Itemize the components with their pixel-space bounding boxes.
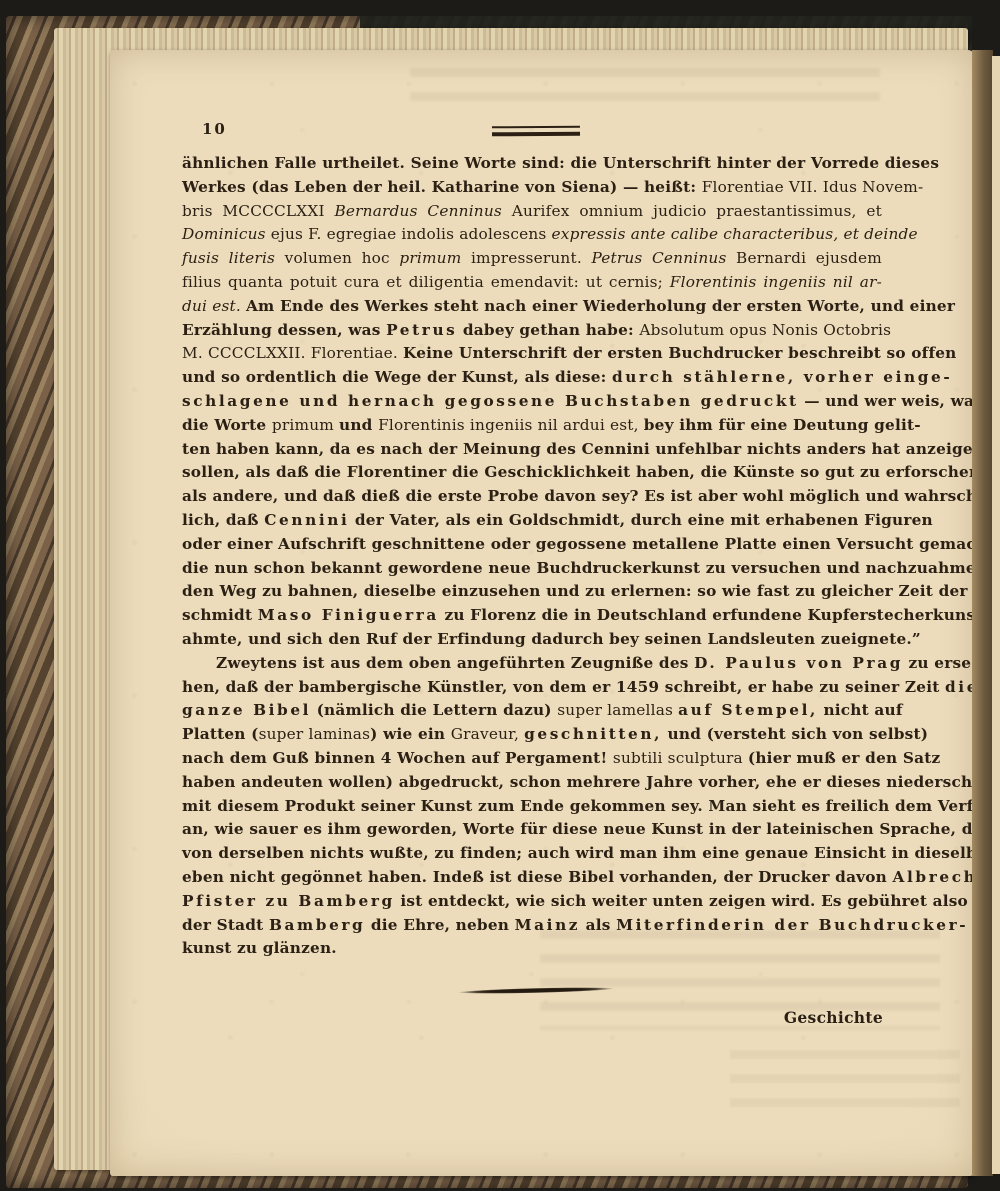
text-line: ganze Bibel (nämlich die Lettern dazu) s… [182, 699, 882, 723]
verso-show-through [730, 1050, 960, 1110]
fraktur-text: ist entdeckt, wie sich weiter unten zeig… [395, 892, 968, 910]
fraktur-text: hen, daß der bambergische Künstler, von … [182, 678, 945, 696]
text-line: Pfister zu Bamberg ist entdeckt, wie sic… [182, 890, 882, 914]
fraktur-text: mit diesem Produkt seiner Kunst zum Ende… [182, 797, 978, 815]
antiqua-text: Absolutum opus Nonis Octobris [639, 321, 891, 339]
letterspaced-fraktur-text: schlagene und hernach gegossene Buchstab… [182, 392, 799, 410]
fraktur-text: der Stadt [182, 916, 269, 934]
letterspaced-fraktur-text: geschnitten, [524, 725, 662, 743]
text-line: Zweytens ist aus dem oben angeführten Ze… [182, 652, 882, 676]
letterspaced-fraktur-text: D. Paulus von Prag [694, 654, 903, 672]
text-line: von derselben nichts wußte, zu finden; a… [182, 842, 882, 866]
text-line: ten haben kann, da es nach der Meinung d… [182, 438, 882, 462]
antiqua-text: ejus F. egregiae indolis adolescens [271, 225, 552, 243]
antiqua-text: volumen hoc [285, 249, 400, 267]
text-line: lich, daß Cennini der Vater, als ein Gol… [182, 509, 882, 533]
fraktur-text: sollen, als daß die Florentiner die Gesc… [182, 463, 986, 481]
text-line: die Worte primum und Florentinis ingenii… [182, 414, 882, 438]
text-line: M. CCCCLXXII. Florentiae. Keine Untersch… [182, 342, 882, 366]
fraktur-text: haben andeuten wollen) abgedruckt, schon… [182, 773, 1000, 791]
antiqua-text: Graveur, [451, 725, 524, 743]
letterspaced-fraktur-text: Bamberg [269, 916, 365, 934]
text-line: der Stadt Bamberg die Ehre, neben Mainz … [182, 914, 882, 938]
text-line: fusis literis volumen hoc primum impress… [182, 247, 882, 271]
text-line: sollen, als daß die Florentiner die Gesc… [182, 461, 882, 485]
fraktur-text: als [580, 916, 616, 934]
fraktur-text: als andere, und daß dieß die erste Probe… [182, 487, 1000, 505]
fraktur-text: bey ihm für eine Deutung gelit- [644, 416, 921, 434]
letterspaced-fraktur-text: ganze Bibel [182, 701, 311, 719]
text-line: schmidt Maso Finiguerra zu Florenz die i… [182, 604, 882, 628]
fraktur-text: an, wie sauer es ihm geworden, Worte für… [182, 820, 989, 838]
italic-latin-text: fusis literis [182, 249, 285, 267]
fraktur-text: Werkes (das Leben der heil. Katharine vo… [182, 178, 702, 196]
text-line: die nun schon bekannt gewordene neue Buc… [182, 557, 882, 581]
fraktur-text: lich, daß [182, 511, 264, 529]
italic-latin-text: dui est. [182, 297, 246, 315]
fraktur-text: und [339, 416, 378, 434]
text-line: den Weg zu bahnen, dieselbe einzusehen u… [182, 580, 882, 604]
book-scan: 10 ähnlichen Falle urtheilet. Seine Wort… [0, 0, 1000, 1191]
fraktur-text: — und wer weis, was [799, 392, 983, 410]
text-line: oder einer Aufschrift geschnittene oder … [182, 533, 882, 557]
fraktur-text: nicht auf [818, 701, 903, 719]
letterspaced-fraktur-text: durch stählerne, vorher einge- [612, 368, 952, 386]
letterspaced-fraktur-text: Mainz [515, 916, 580, 934]
fraktur-text: dabey gethan habe: [457, 321, 639, 339]
book-page: 10 ähnlichen Falle urtheilet. Seine Wort… [110, 50, 974, 1176]
fraktur-text: nach dem Guß binnen 4 Wochen auf Pergame… [182, 749, 613, 767]
fraktur-text: Am Ende des Werkes steht nach einer Wied… [246, 297, 955, 315]
antiqua-text: Aurifex omnium judicio praestantissimus,… [512, 202, 882, 220]
double-rule-ornament [492, 126, 580, 137]
page-number: 10 [202, 120, 227, 138]
fraktur-text: zu Florenz die in Deutschland erfundene … [439, 606, 1000, 624]
fraktur-text: kunst zu glänzen. [182, 939, 337, 957]
antiqua-text: Florentiae VII. Idus Novem- [702, 178, 924, 196]
text-line: ähnlichen Falle urtheilet. Seine Worte s… [182, 152, 882, 176]
fraktur-text: ten haben kann, da es nach der Meinung d… [182, 440, 984, 458]
fraktur-text: Zweytens ist aus dem oben angeführten Ze… [216, 654, 694, 672]
text-line: kunst zu glänzen. [182, 937, 882, 961]
text-line: hen, daß der bambergische Künstler, von … [182, 676, 882, 700]
text-block: ähnlichen Falle urtheilet. Seine Worte s… [182, 152, 882, 961]
fraktur-text: ahmte, und sich den Ruf der Erfindung da… [182, 630, 921, 648]
antiqua-text: subtili sculptura [613, 749, 748, 767]
text-line: Dominicus ejus F. egregiae indolis adole… [182, 223, 882, 247]
text-line: eben nicht gegönnet haben. Indeß ist die… [182, 866, 882, 890]
fraktur-text: ähnlichen Falle urtheilet. Seine Worte s… [182, 154, 939, 172]
letterspaced-fraktur-text: Cennini [264, 511, 349, 529]
letterspaced-fraktur-text: auf Stempel, [678, 701, 818, 719]
text-line: bris MCCCCLXXI Bernardus Cenninus Aurife… [182, 200, 882, 224]
fraktur-text: den Weg zu bahnen, dieselbe einzusehen u… [182, 582, 1000, 600]
fraktur-text: der Vater, als ein Goldschmidt, durch ei… [349, 511, 933, 529]
italic-latin-text: expressis ante calibe characteribus, et … [552, 225, 918, 243]
text-line: Platten (super laminas) wie ein Graveur,… [182, 723, 882, 747]
fraktur-text: Keine Unterschrift der ersten Buchdrucke… [403, 344, 956, 362]
catchword: Geschichte [784, 1008, 883, 1027]
antiqua-text: super lamellas [557, 701, 678, 719]
antiqua-text: filius quanta potuit cura et diligentia … [182, 273, 670, 291]
gutter-shadow [972, 50, 993, 1176]
text-line: haben andeuten wollen) abgedruckt, schon… [182, 771, 882, 795]
text-line: mit diesem Produkt seiner Kunst zum Ende… [182, 795, 882, 819]
text-line: an, wie sauer es ihm geworden, Worte für… [182, 818, 882, 842]
letterspaced-fraktur-text: Petrus [386, 321, 457, 339]
letterspaced-fraktur-text: Maso Finiguerra [258, 606, 439, 624]
facing-page-sliver [992, 56, 1000, 1174]
fraktur-text: die Worte [182, 416, 272, 434]
text-line: und so ordentlich die Wege der Kunst, al… [182, 366, 882, 390]
fraktur-text: (nämlich die Lettern dazu) [311, 701, 557, 719]
fraktur-text: von derselben nichts wußte, zu finden; a… [182, 844, 987, 862]
italic-latin-text: primum [399, 249, 471, 267]
letterspaced-fraktur-text: Miterfinderin der Buchdrucker- [616, 916, 968, 934]
text-line: Werkes (das Leben der heil. Katharine vo… [182, 176, 882, 200]
text-line: ahmte, und sich den Ruf der Erfindung da… [182, 628, 882, 652]
fraktur-text: und (versteht sich von selbst) [662, 725, 928, 743]
text-line: filius quanta potuit cura et diligentia … [182, 271, 882, 295]
text-line: als andere, und daß dieß die erste Probe… [182, 485, 882, 509]
italic-latin-text: Petrus Cenninus [591, 249, 736, 267]
fraktur-text: Erzählung dessen, was [182, 321, 386, 339]
antiqua-text: bris MCCCCLXXI [182, 202, 334, 220]
antiqua-text: Bernardi ejusdem [736, 249, 882, 267]
italic-latin-text: Bernardus Cenninus [334, 202, 511, 220]
antiqua-text: primum [272, 416, 339, 434]
letterspaced-fraktur-text: Pfister zu Bamberg [182, 892, 395, 910]
fraktur-text: Platten ( [182, 725, 259, 743]
fraktur-text: und so ordentlich die Wege der Kunst, al… [182, 368, 612, 386]
antiqua-text: super laminas [259, 725, 371, 743]
antiqua-text: impresserunt. [471, 249, 591, 267]
italic-latin-text: Dominicus [182, 225, 271, 243]
text-line: dui est. Am Ende des Werkes steht nach e… [182, 295, 882, 319]
text-line: schlagene und hernach gegossene Buchstab… [182, 390, 882, 414]
fraktur-text: die nun schon bekannt gewordene neue Buc… [182, 559, 1000, 577]
text-line: Erzählung dessen, was Petrus dabey getha… [182, 319, 882, 343]
text-line: nach dem Guß binnen 4 Wochen auf Pergame… [182, 747, 882, 771]
antiqua-text: M. CCCCLXXII. Florentiae. [182, 344, 403, 362]
verso-show-through [410, 68, 880, 114]
fraktur-text: die Ehre, neben [365, 916, 514, 934]
fraktur-text: schmidt [182, 606, 258, 624]
fraktur-text: zu erse- [903, 654, 978, 672]
fraktur-text: ) wie ein [370, 725, 451, 743]
fraktur-text: eben nicht gegönnet haben. Indeß ist die… [182, 868, 893, 886]
fraktur-text: oder einer Aufschrift geschnittene oder … [182, 535, 1000, 553]
fraktur-text: (hier muß er den Satz [748, 749, 940, 767]
antiqua-text: Florentinis ingeniis nil ardui est, [378, 416, 644, 434]
italic-latin-text: Florentinis ingeniis nil ar- [670, 273, 882, 291]
